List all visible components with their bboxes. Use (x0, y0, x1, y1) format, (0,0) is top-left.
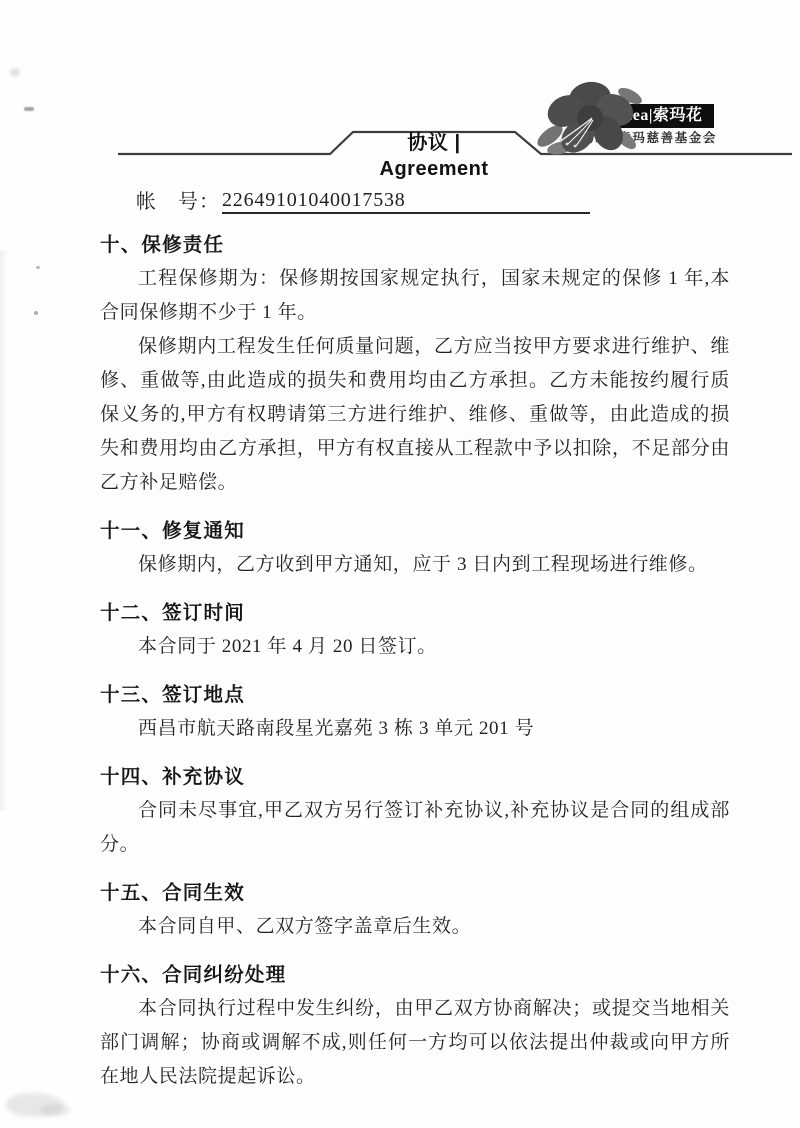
section-paragraph: 合同未尽事宜,甲乙双方另行签订补充协议,补充协议是合同的组成部分。 (100, 794, 730, 862)
section-paragraph: 西昌市航天路南段星光嘉苑 3 栋 3 单元 201 号 (100, 712, 730, 746)
section-heading: 十一、修复通知 (100, 515, 730, 543)
document-body: 帐 号： 22649101040017538 十、保修责任 工程保修期为：保修期… (0, 188, 800, 1094)
section-paragraph: 本合同自甲、乙双方签字盖章后生效。 (100, 910, 730, 944)
section: 十六、合同纠纷处理 本合同执行过程中发生纠纷，由甲乙双方协商解决；或提交当地相关… (100, 959, 730, 1094)
section-paragraph: 本合同执行过程中发生纠纷，由甲乙双方协商解决；或提交当地相关部门调解；协商或调解… (100, 992, 730, 1094)
scan-artifact (6, 1093, 64, 1117)
page-header: 协议 | Agreement Azalea|索玛花 四川省索玛慈善基金会 (0, 0, 800, 164)
section-paragraph: 保修期内工程发生任何质量问题，乙方应当按甲方要求进行维护、维修、重做等,由此造成… (100, 330, 730, 500)
account-number: 22649101040017538 (222, 189, 406, 211)
section-paragraph: 工程保修期为：保修期按国家规定执行，国家未规定的保修 1 年,本合同保修期不少于… (100, 262, 730, 330)
section: 十一、修复通知 保修期内，乙方收到甲方通知，应于 3 日内到工程现场进行维修。 (100, 515, 730, 582)
scanned-agreement-page: 协议 | Agreement Azalea|索玛花 四川省索玛慈善基金会 (0, 0, 800, 1128)
section: 十二、签订时间 本合同于 2021 年 4 月 20 日签订。 (100, 597, 730, 664)
section-heading: 十六、合同纠纷处理 (100, 959, 730, 987)
agreement-banner-title: 协议 | Agreement (352, 130, 516, 156)
section: 十五、合同生效 本合同自甲、乙双方签字盖章后生效。 (100, 877, 730, 944)
section: 十、保修责任 工程保修期为：保修期按国家规定执行，国家未规定的保修 1 年,本合… (100, 229, 730, 500)
azalea-flower-icon (530, 78, 662, 158)
section-paragraph: 本合同于 2021 年 4 月 20 日签订。 (100, 630, 730, 664)
section: 十四、补充协议 合同未尽事宜,甲乙双方另行签订补充协议,补充协议是合同的组成部分… (100, 761, 730, 862)
section: 十三、签订地点 西昌市航天路南段星光嘉苑 3 栋 3 单元 201 号 (100, 679, 730, 746)
account-label: 帐 号： (136, 185, 220, 214)
account-underline: 22649101040017538 (222, 188, 590, 214)
section-heading: 十三、签订地点 (100, 679, 730, 707)
section-heading: 十四、补充协议 (100, 761, 730, 789)
section-heading: 十、保修责任 (100, 229, 730, 257)
scan-artifact (40, 1104, 70, 1116)
section-paragraph: 保修期内，乙方收到甲方通知，应于 3 日内到工程现场进行维修。 (100, 548, 730, 582)
section-heading: 十二、签订时间 (100, 597, 730, 625)
section-heading: 十五、合同生效 (100, 877, 730, 905)
charity-logo: Azalea|索玛花 四川省索玛慈善基金会 (528, 76, 788, 160)
account-row: 帐 号： 22649101040017538 (136, 188, 730, 214)
